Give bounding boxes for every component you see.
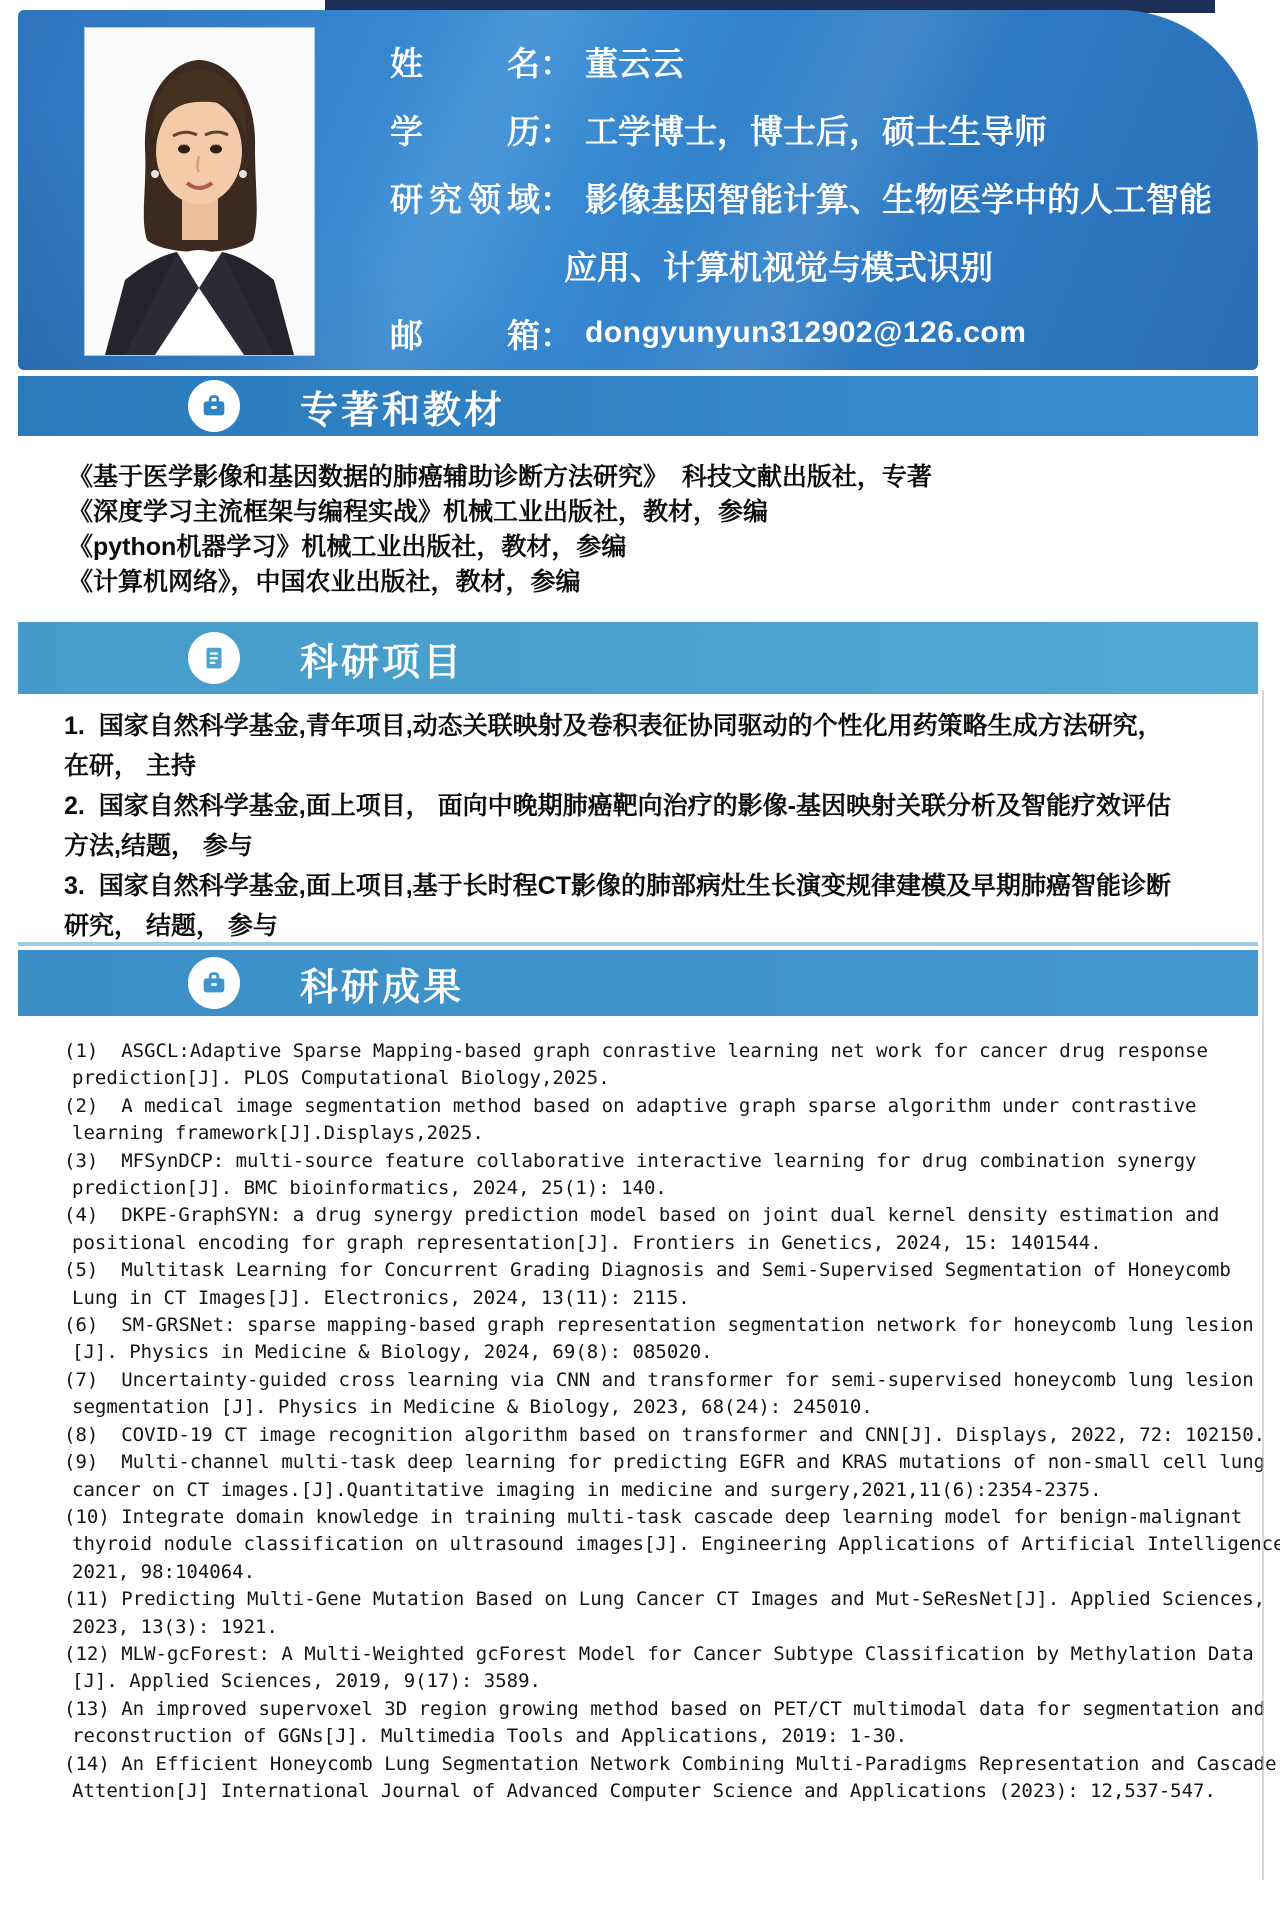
profile-photo	[85, 28, 314, 355]
briefcase-icon	[188, 380, 240, 432]
publication-item-line: thyroid nodule classification on ultraso…	[72, 1531, 1264, 1558]
publication-item: (8) COVID-19 CT image recognition algori…	[64, 1422, 1264, 1449]
field-name: 姓名：董云云	[390, 38, 684, 84]
field-research-areas-label: 研究领域	[390, 174, 540, 221]
publication-item-line: (1) ASGCL:Adaptive Sparse Mapping-based …	[64, 1038, 1264, 1065]
project-item-line: 研究， 结题， 参与	[64, 906, 1254, 946]
publication-item: (13) An improved supervoxel 3D region gr…	[64, 1696, 1264, 1751]
section-title-monographs: 专著和教材	[300, 379, 505, 434]
publication-item-line: [J]. Physics in Medicine & Biology, 2024…	[72, 1339, 1264, 1366]
publication-item: (1) ASGCL:Adaptive Sparse Mapping-based …	[64, 1038, 1264, 1093]
publication-item: (5) Multitask Learning for Concurrent Gr…	[64, 1257, 1264, 1312]
publication-item-line: (14) An Efficient Honeycomb Lung Segment…	[64, 1751, 1264, 1778]
publication-item-line: (8) COVID-19 CT image recognition algori…	[64, 1422, 1264, 1449]
book-item: 《深度学习主流框架与编程实战》机械工业出版社，教材，参编	[68, 495, 1228, 530]
field-research-areas-value-line2: 应用、计算机视觉与模式识别	[564, 242, 993, 289]
book-item: 《python机器学习》机械工业出版社，教材，参编	[68, 530, 1228, 565]
field-email-label: 邮箱	[390, 310, 540, 357]
publication-item-line: (11) Predicting Multi-Gene Mutation Base…	[64, 1586, 1264, 1613]
field-research-areas-line2: 应用、计算机视觉与模式识别	[564, 242, 993, 288]
publication-item-line: cancer on CT images.[J].Quantitative ima…	[72, 1477, 1264, 1504]
monographs-list: 《基于医学影像和基因数据的肺癌辅助诊断方法研究》 科技文献出版社，专著《深度学习…	[68, 460, 1228, 600]
publication-item: (10) Integrate domain knowledge in train…	[64, 1504, 1264, 1586]
profile-header-card: 姓名：董云云 学历：工学博士，博士后，硕士生导师 研究领域：影像基因智能计算、生…	[18, 10, 1258, 370]
scan-edge-artifact	[1262, 690, 1264, 1880]
project-item-line: 2. 国家自然科学基金,面上项目， 面向中晚期肺癌靶向治疗的影像-基因映射关联分…	[64, 786, 1254, 826]
publication-item-line: reconstruction of GGNs[J]. Multimedia To…	[72, 1723, 1264, 1750]
section-title-projects: 科研项目	[300, 631, 464, 686]
publication-item-line: (4) DKPE-GraphSYN: a drug synergy predic…	[64, 1202, 1264, 1229]
publication-item-line: (13) An improved supervoxel 3D region gr…	[64, 1696, 1264, 1723]
colon: ：	[540, 174, 573, 221]
publication-item-line: learning framework[J].Displays,2025.	[72, 1120, 1264, 1147]
publication-item-line: (3) MFSynDCP: multi-source feature colla…	[64, 1148, 1264, 1175]
publication-item: (4) DKPE-GraphSYN: a drug synergy predic…	[64, 1202, 1264, 1257]
publication-item-line: [J]. Applied Sciences, 2019, 9(17): 3589…	[72, 1668, 1264, 1695]
project-item-line: 在研， 主持	[64, 746, 1254, 786]
publication-item: (12) MLW-gcForest: A Multi-Weighted gcFo…	[64, 1641, 1264, 1696]
document-icon	[188, 632, 240, 684]
publication-item-line: (12) MLW-gcForest: A Multi-Weighted gcFo…	[64, 1641, 1264, 1668]
field-education-value: 工学博士，博士后，硕士生导师	[585, 106, 1047, 153]
project-item: 1. 国家自然科学基金,青年项目,动态关联映射及卷积表征协同驱动的个性化用药策略…	[64, 706, 1254, 786]
portrait-illustration	[85, 28, 314, 355]
publication-item: (7) Uncertainty-guided cross learning vi…	[64, 1367, 1264, 1422]
publication-item-line: segmentation [J]. Physics in Medicine & …	[72, 1394, 1264, 1421]
project-item-line: 方法,结题， 参与	[64, 826, 1254, 866]
field-name-value: 董云云	[585, 38, 684, 85]
section-bar-projects: 科研项目	[18, 622, 1258, 694]
publication-item-line: (7) Uncertainty-guided cross learning vi…	[64, 1367, 1264, 1394]
publication-item-line: positional encoding for graph representa…	[72, 1230, 1264, 1257]
separator-line	[18, 942, 1258, 946]
project-item: 3. 国家自然科学基金,面上项目,基于长时程CT影像的肺部病灶生长演变规律建模及…	[64, 866, 1254, 946]
project-item-line: 1. 国家自然科学基金,青年项目,动态关联映射及卷积表征协同驱动的个性化用药策略…	[64, 706, 1254, 746]
project-item-line: 3. 国家自然科学基金,面上项目,基于长时程CT影像的肺部病灶生长演变规律建模及…	[64, 866, 1254, 906]
field-name-label: 姓名	[390, 38, 540, 85]
publication-item-line: (9) Multi-channel multi-task deep learni…	[64, 1449, 1264, 1476]
publication-item: (6) SM-GRSNet: sparse mapping-based grap…	[64, 1312, 1264, 1367]
section-bar-results: 科研成果	[18, 950, 1258, 1016]
field-email-value: dongyunyun312902@126.com	[585, 316, 1026, 350]
publication-item: (3) MFSynDCP: multi-source feature colla…	[64, 1148, 1264, 1203]
publication-item-line: (2) A medical image segmentation method …	[64, 1093, 1264, 1120]
publication-item-line: (6) SM-GRSNet: sparse mapping-based grap…	[64, 1312, 1264, 1339]
field-education-label: 学历	[390, 106, 540, 153]
publication-item-line: 2023, 13(3): 1921.	[72, 1614, 1264, 1641]
section-title-results: 科研成果	[300, 956, 464, 1011]
publication-item-line: Attention[J] International Journal of Ad…	[72, 1778, 1264, 1805]
colon: ：	[540, 106, 573, 153]
book-item: 《计算机网络》，中国农业出版社，教材，参编	[68, 565, 1228, 600]
book-item: 《基于医学影像和基因数据的肺癌辅助诊断方法研究》 科技文献出版社，专著	[68, 460, 1228, 495]
publication-item: (14) An Efficient Honeycomb Lung Segment…	[64, 1751, 1264, 1806]
field-research-areas-value-line1: 影像基因智能计算、生物医学中的人工智能	[585, 174, 1212, 221]
publication-item: (2) A medical image segmentation method …	[64, 1093, 1264, 1148]
publication-item-line: (10) Integrate domain knowledge in train…	[64, 1504, 1264, 1531]
briefcase-icon	[188, 957, 240, 1009]
publication-item-line: Lung in CT Images[J]. Electronics, 2024,…	[72, 1285, 1264, 1312]
field-email: 邮箱：dongyunyun312902@126.com	[390, 310, 1026, 356]
publication-item: (9) Multi-channel multi-task deep learni…	[64, 1449, 1264, 1504]
section-bar-monographs: 专著和教材	[18, 376, 1258, 436]
publication-item-line: 2021, 98:104064.	[72, 1559, 1264, 1586]
publication-item-line: prediction[J]. PLOS Computational Biolog…	[72, 1065, 1264, 1092]
colon: ：	[540, 310, 573, 357]
publication-item: (11) Predicting Multi-Gene Mutation Base…	[64, 1586, 1264, 1641]
colon: ：	[540, 38, 573, 85]
field-research-areas: 研究领域：影像基因智能计算、生物医学中的人工智能	[390, 174, 1212, 220]
faculty-profile-page: 姓名：董云云 学历：工学博士，博士后，硕士生导师 研究领域：影像基因智能计算、生…	[0, 0, 1280, 1915]
projects-list: 1. 国家自然科学基金,青年项目,动态关联映射及卷积表征协同驱动的个性化用药策略…	[64, 706, 1254, 946]
field-education: 学历：工学博士，博士后，硕士生导师	[390, 106, 1047, 152]
publications-list: (1) ASGCL:Adaptive Sparse Mapping-based …	[64, 1038, 1264, 1805]
project-item: 2. 国家自然科学基金,面上项目， 面向中晚期肺癌靶向治疗的影像-基因映射关联分…	[64, 786, 1254, 866]
publication-item-line: prediction[J]. BMC bioinformatics, 2024,…	[72, 1175, 1264, 1202]
publication-item-line: (5) Multitask Learning for Concurrent Gr…	[64, 1257, 1264, 1284]
